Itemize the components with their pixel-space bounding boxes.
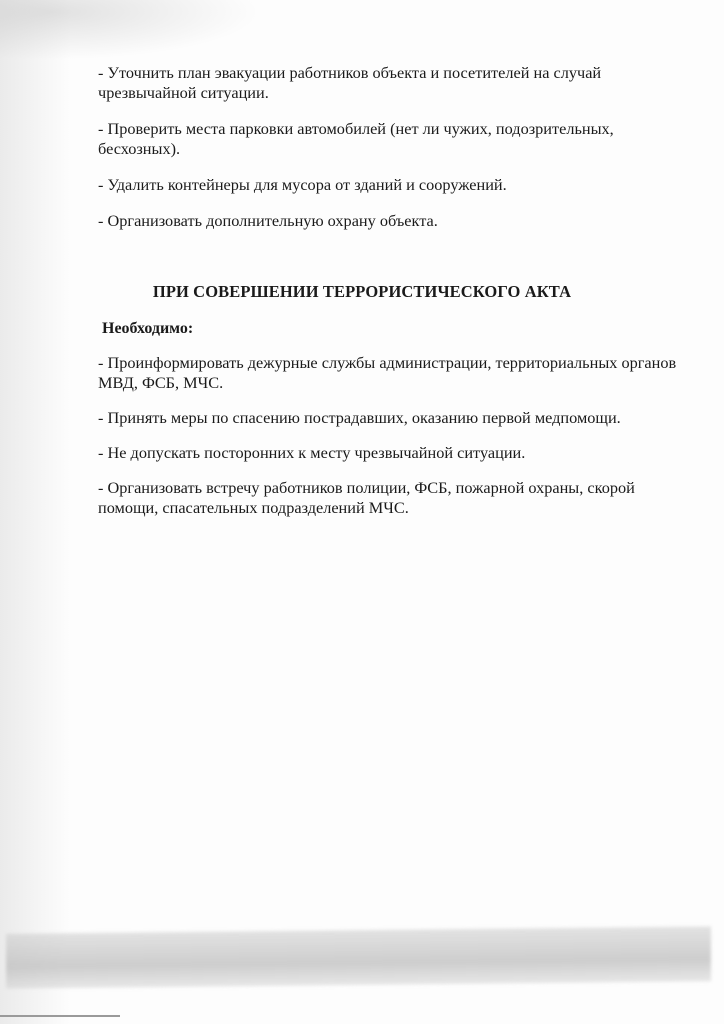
list-item: - Уточнить план эвакуации работников объ… bbox=[98, 63, 678, 103]
list-item: - Не допускать посторонних к месту чрезв… bbox=[98, 443, 678, 463]
list-item: - Организовать дополнительную охрану объ… bbox=[98, 211, 678, 231]
list-item: - Удалить контейнеры для мусора от здани… bbox=[98, 175, 678, 195]
list-item: - Проверить места парковки автомобилей (… bbox=[98, 119, 678, 159]
list-item: - Принять меры по спасению пострадавших,… bbox=[98, 408, 678, 428]
list-item: - Проинформировать дежурные службы админ… bbox=[98, 353, 678, 393]
section-subheading: Необходимо: bbox=[102, 320, 193, 338]
scan-artifact-band bbox=[6, 926, 711, 988]
list-item: - Организовать встречу работников полици… bbox=[98, 478, 678, 518]
terror-act-actions-list: - Проинформировать дежурные службы админ… bbox=[98, 353, 678, 533]
scan-edge-line bbox=[0, 1015, 120, 1017]
scan-shadow-top bbox=[0, 0, 260, 60]
scanned-page: - Уточнить план эвакуации работников объ… bbox=[0, 0, 724, 1024]
section-heading: ПРИ СОВЕРШЕНИИ ТЕРРОРИСТИЧЕСКОГО АКТА bbox=[0, 282, 724, 302]
preventive-measures-list: - Уточнить план эвакуации работников объ… bbox=[98, 63, 678, 247]
scan-shadow-left bbox=[0, 0, 70, 1024]
